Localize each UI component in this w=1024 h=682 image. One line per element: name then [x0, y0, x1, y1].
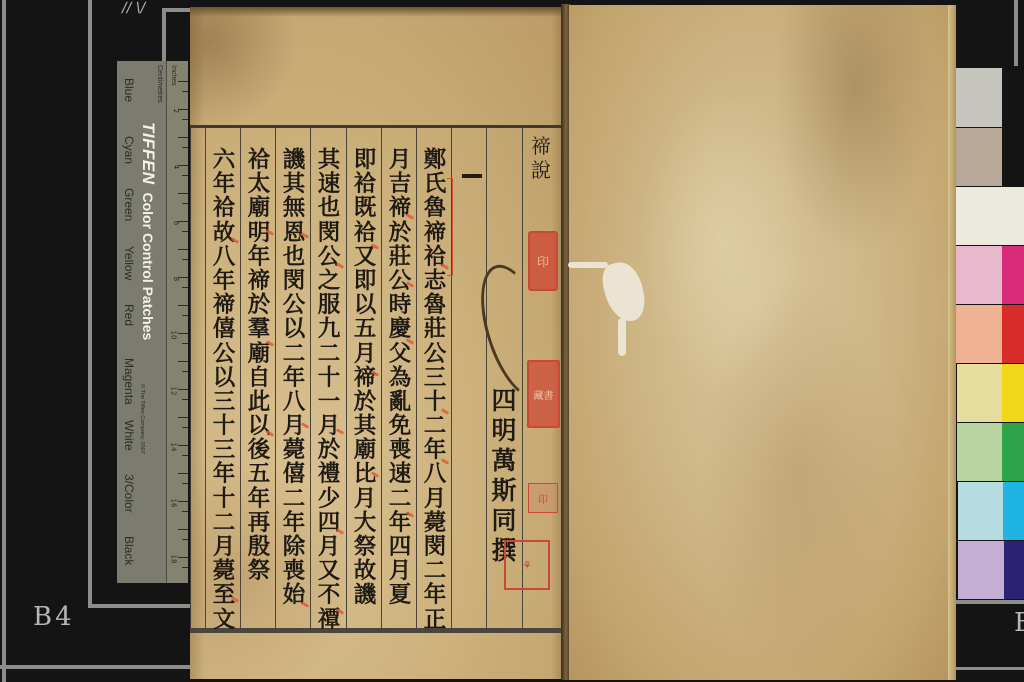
glyph: 自 [248, 366, 271, 390]
tiffen-brand: TIFFENColor Control Patches [138, 122, 158, 340]
glyph: 月 [354, 487, 377, 511]
color-name-red: Red [122, 304, 136, 326]
color-name-black: Black [122, 536, 136, 565]
glyph: 薨 [283, 438, 306, 462]
glyph: 公 [424, 342, 447, 366]
glyph: 故 [354, 559, 377, 583]
patch-yellow-light [957, 364, 1002, 422]
glyph: 九 [318, 317, 341, 341]
patch-white [956, 187, 1024, 245]
glyph: 不 [318, 583, 341, 607]
glyph: 五 [354, 317, 377, 341]
glyph: 八 [424, 462, 447, 486]
glyph: 正 [424, 608, 447, 632]
glyph: 祫 [213, 196, 236, 220]
glyph: 大 [354, 511, 377, 535]
cm-mark: 8 [172, 277, 180, 281]
glyph: 於 [248, 293, 271, 317]
color-name-yellow: Yellow [122, 246, 136, 280]
glyph: 禘 [213, 293, 236, 317]
tiffen-copyright: © The Tiffen Company, 2007 [139, 384, 145, 454]
cm-mark: 6 [172, 221, 180, 225]
glyph: 年 [283, 511, 306, 535]
glyph: 年 [213, 462, 236, 486]
board-line-bottom [0, 665, 192, 669]
glyph: 廟 [354, 438, 377, 462]
glyph: 閔 [424, 535, 447, 559]
glyph: 即 [354, 148, 377, 172]
glyph: 三 [424, 366, 447, 390]
patch-red [1002, 305, 1024, 363]
glyph: 六 [213, 148, 236, 172]
glyph: 僖 [283, 462, 306, 486]
glyph: 喪 [283, 559, 306, 583]
board-line-right-h [956, 600, 1024, 604]
glyph: 莊 [389, 245, 412, 269]
glyph: 文 [213, 608, 236, 632]
glyph: 月 [389, 559, 412, 583]
glyph: 三 [213, 438, 236, 462]
text-column-4: 其速也閔公之服九二十一月於禮少四月又不禫 [312, 148, 346, 632]
glyph: 禘 [248, 269, 271, 293]
glyph: 於 [354, 390, 377, 414]
patch-magenta [1002, 246, 1024, 304]
torn-patch-tail [618, 318, 626, 356]
glyph: 為 [389, 366, 412, 390]
tiffen-title: Color Control Patches [140, 193, 156, 341]
frame-bottom-rule [190, 628, 568, 633]
glyph: 月 [283, 414, 306, 438]
glyph: 三 [213, 390, 236, 414]
glyph: 月 [318, 414, 341, 438]
units-centimetres: Centimetres [156, 65, 163, 103]
color-name-green: Green [122, 188, 136, 221]
glyph: 後 [248, 438, 271, 462]
glyph: 吉 [389, 172, 412, 196]
glyph: 之 [318, 269, 341, 293]
red-annotation-bracket [447, 178, 453, 276]
color-name-3color: 3/Color [122, 474, 136, 513]
glyph: 閔 [283, 269, 306, 293]
cm-mark: 16 [170, 499, 178, 508]
glyph: 於 [389, 221, 412, 245]
glyph: 其 [318, 148, 341, 172]
glyph: 速 [318, 172, 341, 196]
glyph: 也 [318, 196, 341, 220]
glyph: 氏 [424, 172, 447, 196]
glyph: 八 [213, 245, 236, 269]
glyph: 夏 [389, 583, 412, 607]
glyph: 服 [318, 293, 341, 317]
glyph: 殷 [248, 535, 271, 559]
color-name-white: White [122, 420, 136, 451]
glyph: 十 [318, 366, 341, 390]
glyph: 魯 [424, 293, 447, 317]
board-line-box-h [162, 8, 192, 12]
glyph: 禘 [424, 221, 447, 245]
glyph: 時 [389, 293, 412, 317]
section-marker [462, 174, 482, 178]
glyph: 以 [354, 293, 377, 317]
color-name-blue: Blue [122, 78, 136, 102]
patch-green [1002, 423, 1024, 481]
glyph: 月 [389, 148, 412, 172]
photo-stage: ∕∕ \∕ B4 B 2 4 6 8 10 [0, 0, 1024, 682]
glyph: 無 [283, 196, 306, 220]
patch-peach-light [956, 305, 1002, 363]
glyph: 二 [283, 487, 306, 511]
glyph: 年 [213, 172, 236, 196]
glyph: 二 [283, 342, 306, 366]
glyph: 祫 [354, 172, 377, 196]
color-name-cyan: Cyan [122, 136, 136, 164]
glyph: 志 [424, 269, 447, 293]
glyph: 閔 [318, 221, 341, 245]
glyph: 月 [318, 535, 341, 559]
glyph: 月 [354, 342, 377, 366]
glyph: 僖 [213, 317, 236, 341]
glyph: 月 [213, 535, 236, 559]
text-column-3: 即祫既祫又即以五月禘於其廟比月大祭故譏 [348, 148, 382, 608]
patch-pink-light [956, 246, 1002, 304]
glyph: 禘 [354, 366, 377, 390]
glyph: 故 [213, 221, 236, 245]
glyph: 既 [354, 196, 377, 220]
glyph: 二 [389, 487, 412, 511]
glyph: 譏 [283, 148, 306, 172]
glyph: 八 [283, 390, 306, 414]
patch-yellow [1002, 364, 1024, 422]
glyph: 少 [318, 487, 341, 511]
glyph: 年 [248, 487, 271, 511]
glyph: 祭 [248, 559, 271, 583]
glyph: 免 [389, 414, 412, 438]
glyph: 羣 [248, 317, 271, 341]
glyph: 年 [283, 366, 306, 390]
board-label-b: B [1014, 608, 1024, 638]
glyph: 月 [424, 487, 447, 511]
cm-mark: 18 [170, 555, 178, 564]
board-label-b4: B4 [33, 602, 75, 632]
glyph: 又 [318, 559, 341, 583]
glyph: 亂 [389, 390, 412, 414]
right-page-flyleaf [569, 5, 951, 680]
patch-green-light [957, 423, 1002, 481]
cm-mark: 4 [172, 165, 180, 169]
glyph: 二 [424, 414, 447, 438]
glyph: 五 [248, 462, 271, 486]
text-column-5: 譏其無恩也閔公以二年八月薨僖二年除喪始 [277, 148, 311, 608]
glyph: 廟 [248, 196, 271, 220]
glyph: 又 [354, 245, 377, 269]
seal-small-faded: 印 [528, 483, 558, 513]
glyph: 譏 [354, 583, 377, 607]
glyph: 祫 [354, 221, 377, 245]
glyph: 再 [248, 511, 271, 535]
author-line: 四 明 萬 斯 同 撰 [487, 386, 521, 566]
text-column-7: 六年祫故八年禘僖公以三十三年十二月薨至文 [207, 148, 241, 632]
board-line-inner-v [88, 0, 92, 607]
glyph: 以 [248, 414, 271, 438]
cm-mark: 10 [170, 331, 178, 340]
glyph: 父 [389, 342, 412, 366]
color-name-magenta: Magenta [122, 358, 136, 405]
glyph: 速 [389, 462, 412, 486]
glyph: 其 [283, 172, 306, 196]
glyph: 於 [318, 438, 341, 462]
patch-lavender [958, 541, 1004, 599]
glyph: 二 [213, 511, 236, 535]
glyph: 祭 [354, 535, 377, 559]
patch-tan-left [956, 128, 1002, 186]
seal-top-right: 印 [528, 231, 558, 291]
board-line-box-v [162, 8, 166, 64]
glyph: 薨 [213, 559, 236, 583]
board-line-right-bottom [956, 667, 1024, 670]
tiffen-logo: TIFFEN [139, 122, 158, 185]
text-column-6: 祫太廟明年禘於羣廟自此以後五年再殷祭 [242, 148, 276, 583]
glyph: 公 [283, 293, 306, 317]
glyph: 即 [354, 269, 377, 293]
glyph: 年 [424, 583, 447, 607]
ruler-scale: 2 4 6 8 10 12 14 16 18 [166, 61, 188, 583]
glyph: 一 [318, 390, 341, 414]
seal-pictorial-square: ⚘ [504, 540, 550, 590]
cm-mark: 2 [172, 109, 180, 113]
glyph: 廟 [248, 342, 271, 366]
glyph: 薨 [424, 511, 447, 535]
cm-mark: 12 [170, 387, 178, 396]
patch-blue [1004, 541, 1024, 599]
patch-grey-left [956, 68, 1002, 127]
cm-mark: 14 [170, 443, 178, 452]
glyph: 祫 [248, 148, 271, 172]
board-line-right-v [1014, 0, 1018, 66]
glyph: 二 [424, 559, 447, 583]
glyph: 二 [318, 342, 341, 366]
glyph: 公 [213, 342, 236, 366]
glyph: 此 [248, 390, 271, 414]
glyph: 喪 [389, 438, 412, 462]
glyph: 禮 [318, 462, 341, 486]
board-scribble: ∕∕ \∕ [121, 0, 147, 16]
glyph: 四 [389, 535, 412, 559]
glyph: 以 [213, 366, 236, 390]
right-page-edge [948, 5, 956, 680]
glyph: 十 [213, 487, 236, 511]
glyph: 也 [283, 245, 306, 269]
patch-cyan [1003, 482, 1024, 540]
board-line-left [2, 0, 6, 682]
glyph: 十 [213, 414, 236, 438]
glyph: 以 [283, 317, 306, 341]
units-inches: Inches [170, 65, 177, 86]
glyph: 魯 [424, 196, 447, 220]
glyph: 太 [248, 172, 271, 196]
patch-cyan-light [958, 482, 1003, 540]
glyph: 莊 [424, 317, 447, 341]
glyph: 其 [354, 414, 377, 438]
board-line-inner-h [88, 604, 192, 608]
torn-strip [568, 262, 608, 268]
glyph: 除 [283, 535, 306, 559]
glyph: 鄭 [424, 148, 447, 172]
glyph: 年 [213, 269, 236, 293]
running-title: 禘 說 [528, 134, 554, 182]
glyph: 年 [248, 245, 271, 269]
